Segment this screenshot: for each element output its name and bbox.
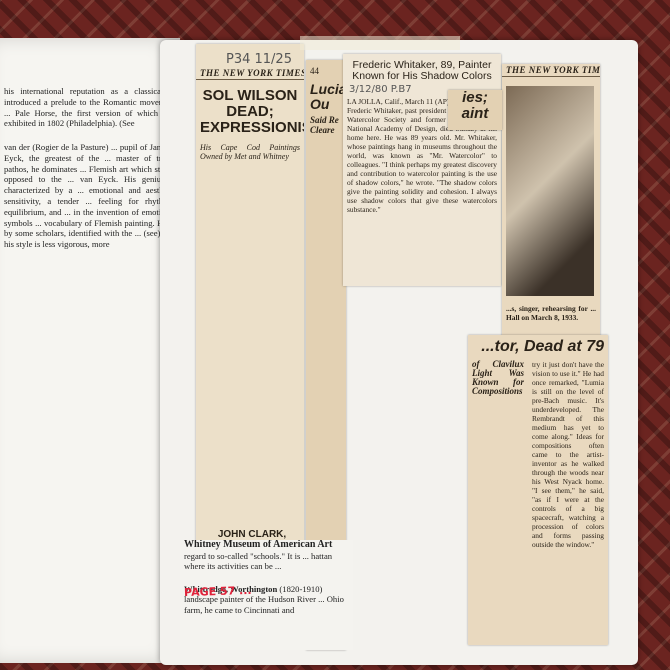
headline-fragment: Lucia Ou (306, 82, 346, 111)
clipping-wilfred: ...tor, Dead at 79 of Clavilux Light Was… (468, 335, 608, 645)
page-number: 44 (306, 60, 346, 82)
entry-body: regard to so-called "schools." It is ...… (184, 551, 349, 572)
headline: ...tor, Dead at 79 (468, 335, 608, 360)
masthead: THE NEW YORK TIMES. (502, 64, 600, 77)
subhead: of Clavilux Light Was Known for Composit… (468, 360, 528, 396)
tape-strip (300, 36, 460, 50)
page-paragraph-1: his international reputation as a classi… (4, 86, 176, 130)
headline: Frederic Whitaker, 89, Painter Known for… (347, 60, 497, 82)
page-paragraph-2: van der (Rogier de la Pasture) ... pupil… (4, 142, 176, 662)
handwritten-note: P34 11/25 (196, 44, 304, 67)
left-book-page: his international reputation as a classi… (0, 38, 180, 663)
clipping-headline-fragment: ies; aint (448, 90, 502, 130)
headline: SOL WILSON DEAD; EXPRESSIONIST (200, 88, 300, 135)
photo-caption: ...s, singer, rehearsing for ... Hall on… (502, 304, 600, 322)
subhead-fragment: Said Re Cleare (306, 111, 346, 139)
headline-fragment: ies; aint (448, 90, 502, 122)
entry-title: Whitney Museum of American Art (184, 540, 349, 551)
masthead: THE NEW YORK TIMES (196, 67, 304, 80)
clipping-photo-story: THE NEW YORK TIMES. ...s, singer, rehear… (502, 64, 600, 364)
clipping-whitaker: Frederic Whitaker, 89, Painter Known for… (343, 54, 501, 286)
article-body: try it just don't have the vision to use… (528, 360, 608, 549)
red-handwritten-annotation: PAGE 57 ... (184, 584, 252, 599)
photo (506, 86, 594, 296)
subhead: His Cape Cod Paintings Owned by Met and … (196, 143, 304, 161)
